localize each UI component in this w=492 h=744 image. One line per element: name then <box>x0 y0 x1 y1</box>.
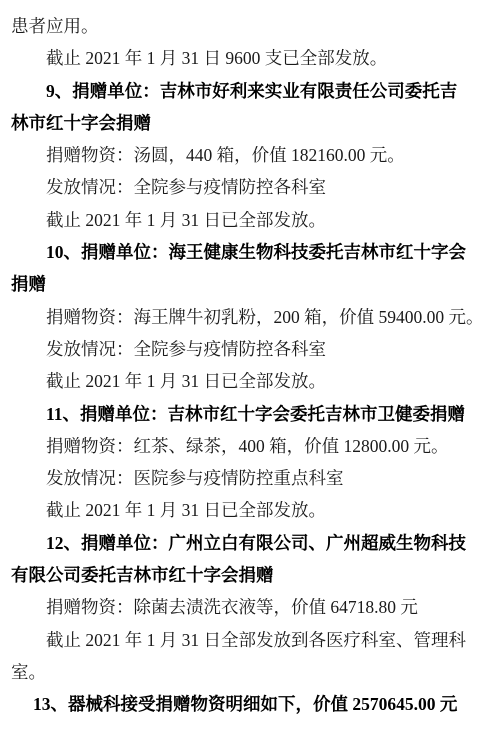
document-line: 9、捐赠单位：吉林市好利来实业有限责任公司委托吉 <box>11 75 488 107</box>
document-line: 截止 2021 年 1 月 31 日 9600 支已全部发放。 <box>11 42 488 74</box>
document-line: 患者应用。 <box>11 10 488 42</box>
document-line: 捐赠物资：除菌去渍洗衣液等，价值 64718.80 元 <box>11 591 488 623</box>
document-line: 发放情况：医院参与疫情防控重点科室 <box>11 462 488 494</box>
document-line: 捐赠物资：海王牌牛初乳粉，200 箱，价值 59400.00 元。 <box>11 301 488 333</box>
document-line: 发放情况：全院参与疫情防控各科室 <box>11 171 488 203</box>
document-line: 12、捐赠单位：广州立白有限公司、广州超威生物科技 <box>11 527 488 559</box>
document-line: 捐赠 <box>11 268 488 300</box>
document-line: 林市红十字会捐赠 <box>11 107 488 139</box>
document-line: 11、捐赠单位：吉林市红十字会委托吉林市卫健委捐赠 <box>11 398 488 430</box>
document-line: 捐赠物资：红茶、绿茶，400 箱，价值 12800.00 元。 <box>11 430 488 462</box>
document-line: 截止 2021 年 1 月 31 日已全部发放。 <box>11 204 488 236</box>
document-line: 截止 2021 年 1 月 31 日已全部发放。 <box>11 494 488 526</box>
document-line: 13、器械科接受捐赠物资明细如下，价值 2570645.00 元 <box>11 688 488 720</box>
document-line: 截止 2021 年 1 月 31 日已全部发放。 <box>11 365 488 397</box>
document-line: 室。 <box>11 656 488 688</box>
document-line: 发放情况：全院参与疫情防控各科室 <box>11 333 488 365</box>
document-body: 患者应用。截止 2021 年 1 月 31 日 9600 支已全部发放。9、捐赠… <box>11 10 488 721</box>
document-line: 有限公司委托吉林市红十字会捐赠 <box>11 559 488 591</box>
document-line: 截止 2021 年 1 月 31 日全部发放到各医疗科室、管理科 <box>11 624 488 656</box>
document-line: 捐赠物资：汤圆，440 箱，价值 182160.00 元。 <box>11 139 488 171</box>
document-line: 10、捐赠单位：海王健康生物科技委托吉林市红十字会 <box>11 236 488 268</box>
document-page: 患者应用。截止 2021 年 1 月 31 日 9600 支已全部发放。9、捐赠… <box>0 0 492 744</box>
